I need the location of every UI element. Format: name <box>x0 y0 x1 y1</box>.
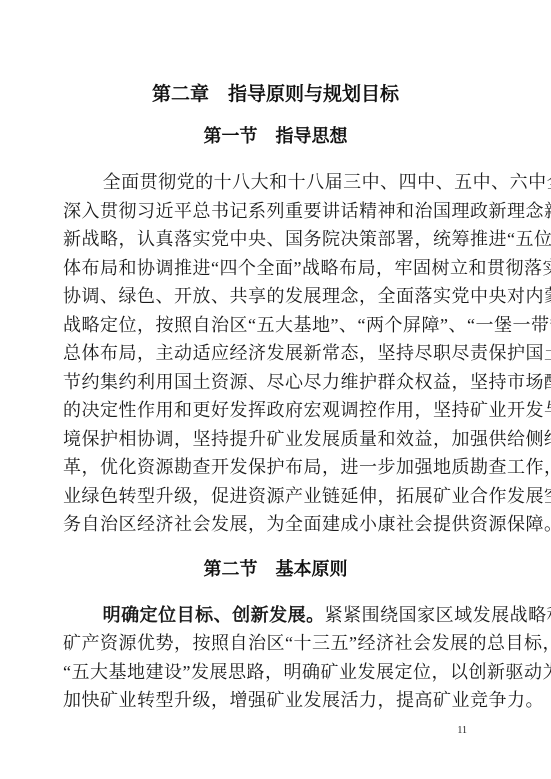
text-line: “五大基地建设”发展思路，明确矿业发展定位，以创新驱动为动力， <box>63 658 483 687</box>
text-line: 深入贯彻习近平总书记系列重要讲话精神和治国理政新理念新思想 <box>63 197 483 226</box>
text-line: 节约集约利用国土资源、尽心尽力维护群众权益，坚持市场配置资源 <box>63 368 483 397</box>
body-paragraph: 明确定位目标、创新发展。紧紧围绕国家区域发展战略和自治区矿产资源优势，按照自治区… <box>63 601 483 715</box>
section-2-body: 明确定位目标、创新发展。紧紧围绕国家区域发展战略和自治区矿产资源优势，按照自治区… <box>63 601 483 715</box>
text-line: 全面贯彻党的十八大和十八届三中、四中、五中、六中全会精神， <box>63 168 483 197</box>
text-line: 协调、绿色、开放、共享的发展理念，全面落实党中央对内蒙古发展 <box>63 282 483 311</box>
text-line: 明确定位目标、创新发展。紧紧围绕国家区域发展战略和自治区 <box>63 601 483 630</box>
text-line: 务自治区经济社会发展，为全面建成小康社会提供资源保障。 <box>63 510 483 539</box>
text-line: 战略定位，按照自治区“五大基地”、“两个屏障”、“一堡一带” <box>63 311 483 340</box>
section-1-heading: 第一节 指导思想 <box>0 125 551 147</box>
chapter-heading: 第二章 指导原则与规划目标 <box>0 84 551 106</box>
text-line: 业绿色转型升级，促进资源产业链延伸，拓展矿业合作发展空间，服 <box>63 482 483 511</box>
document-page: 第二章 指导原则与规划目标 第一节 指导思想 全面贯彻党的十八大和十八届三中、四… <box>0 0 551 779</box>
text-line: 矿产资源优势，按照自治区“十三五”经济社会发展的总目标，落实 <box>63 629 483 658</box>
text-line: 加快矿业转型升级，增强矿业发展活力，提高矿业竞争力。 <box>63 686 483 715</box>
text-line: 新战略，认真落实党中央、国务院决策部署，统筹推进“五位一体”总 <box>63 225 483 254</box>
bold-lead-text: 明确定位目标、创新发展。 <box>103 605 325 625</box>
section-1-body: 全面贯彻党的十八大和十八届三中、四中、五中、六中全会精神，深入贯彻习近平总书记系… <box>63 168 483 539</box>
text-line: 的决定性作用和更好发挥政府宏观调控作用，坚持矿业开发与生态环 <box>63 396 483 425</box>
text-line: 体布局和协调推进“四个全面”战略布局，牢固树立和贯彻落实创新、 <box>63 254 483 283</box>
page-number: 11 <box>457 725 467 737</box>
text-line: 总体布局，主动适应经济发展新常态，坚持尽职尽责保护国土资源、 <box>63 339 483 368</box>
section-2-heading: 第二节 基本原则 <box>0 558 551 580</box>
body-paragraph: 全面贯彻党的十八大和十八届三中、四中、五中、六中全会精神，深入贯彻习近平总书记系… <box>63 168 483 539</box>
text-line: 境保护相协调，坚持提升矿业发展质量和效益，加强供给侧结构性改 <box>63 425 483 454</box>
text-line: 革，优化资源勘查开发保护布局，进一步加强地质勘查工作，推进矿 <box>63 453 483 482</box>
